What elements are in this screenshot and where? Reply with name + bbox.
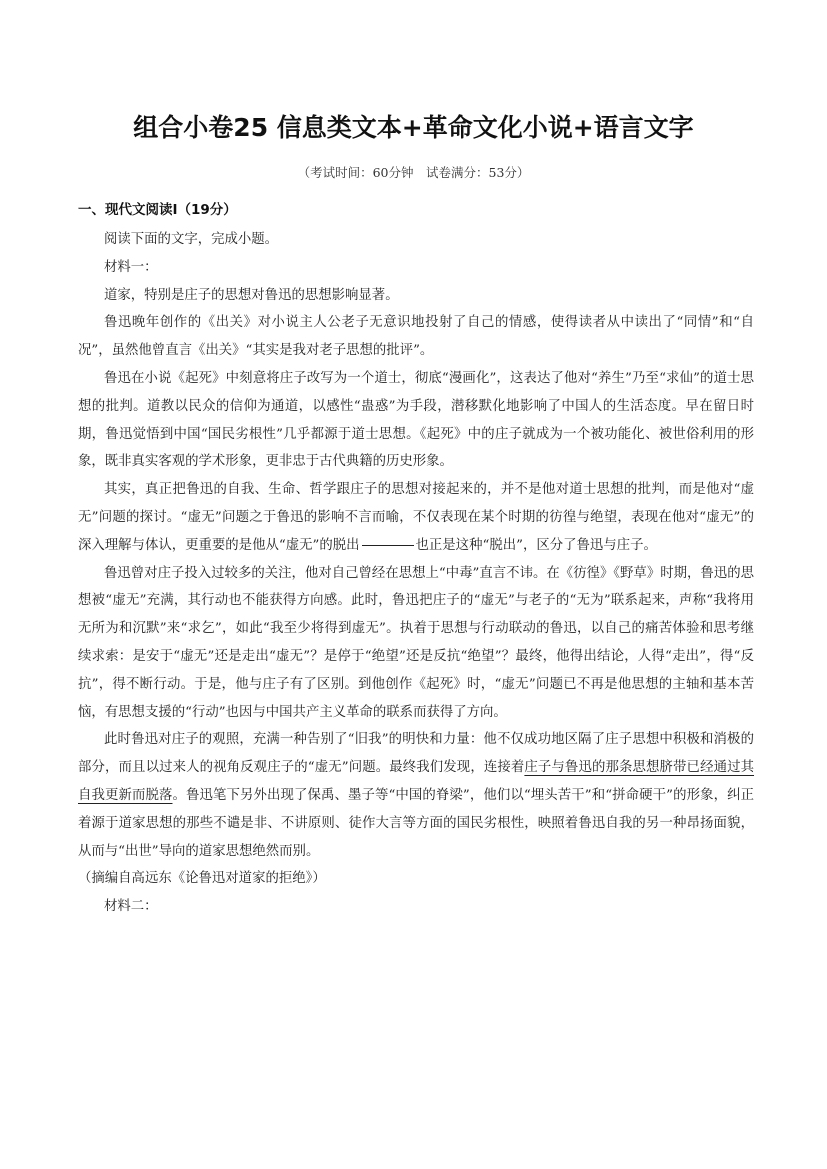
document-body: 阅读下面的文字，完成小题。 材料一： 道家，特别是庄子的思想对鲁迅的思想影响显著…	[78, 226, 754, 921]
material-2-label: 材料二：	[78, 893, 754, 921]
paragraph-1: 道家，特别是庄子的思想对鲁迅的思想影响显著。	[78, 282, 754, 310]
material-1-label: 材料一：	[78, 254, 754, 282]
paragraph-6: 此时鲁迅对庄子的观照，充满一种告别了“旧我”的明快和力量：他不仅成功地区隔了庄子…	[78, 726, 754, 865]
paragraph-5: 鲁迅曾对庄子投入过较多的关注，他对自己曾经在思想上“中毒”直言不讳。在《彷徨》《…	[78, 560, 754, 727]
paragraph-3: 鲁迅在小说《起死》中刻意将庄子改写为一个道士，彻底“漫画化”，这表达了他对“养生…	[78, 365, 754, 476]
section-heading: 一、现代文阅读Ⅰ（19分）	[78, 198, 237, 218]
instruction-text: 阅读下面的文字，完成小题。	[78, 226, 754, 254]
paragraph-2: 鲁迅晚年创作的《出关》对小说主人公老子无意识地投射了自己的情感，使得读者从中读出…	[78, 309, 754, 365]
paragraph-6-part-2: 。鲁迅笔下另外出现了保禹、墨子等“中国的脊梁”，他们以“埋头苦干”和“拼命硬干”…	[78, 788, 754, 859]
paragraph-4-part-2: 也正是这种“脱出”，区分了鲁迅与庄子。	[416, 538, 657, 553]
exam-info: （考试时间：60分钟 试卷满分：53分）	[0, 163, 827, 181]
source-citation: （摘编自高远东《论鲁迅对道家的拒绝》）	[78, 865, 754, 893]
paragraph-4: 其实，真正把鲁迅的自我、生命、哲学跟庄子的思想对接起来的，并不是他对道士思想的批…	[78, 476, 754, 559]
document-title: 组合小卷25 信息类文本+革命文化小说+语言文字	[0, 108, 827, 144]
em-dash	[362, 545, 414, 546]
